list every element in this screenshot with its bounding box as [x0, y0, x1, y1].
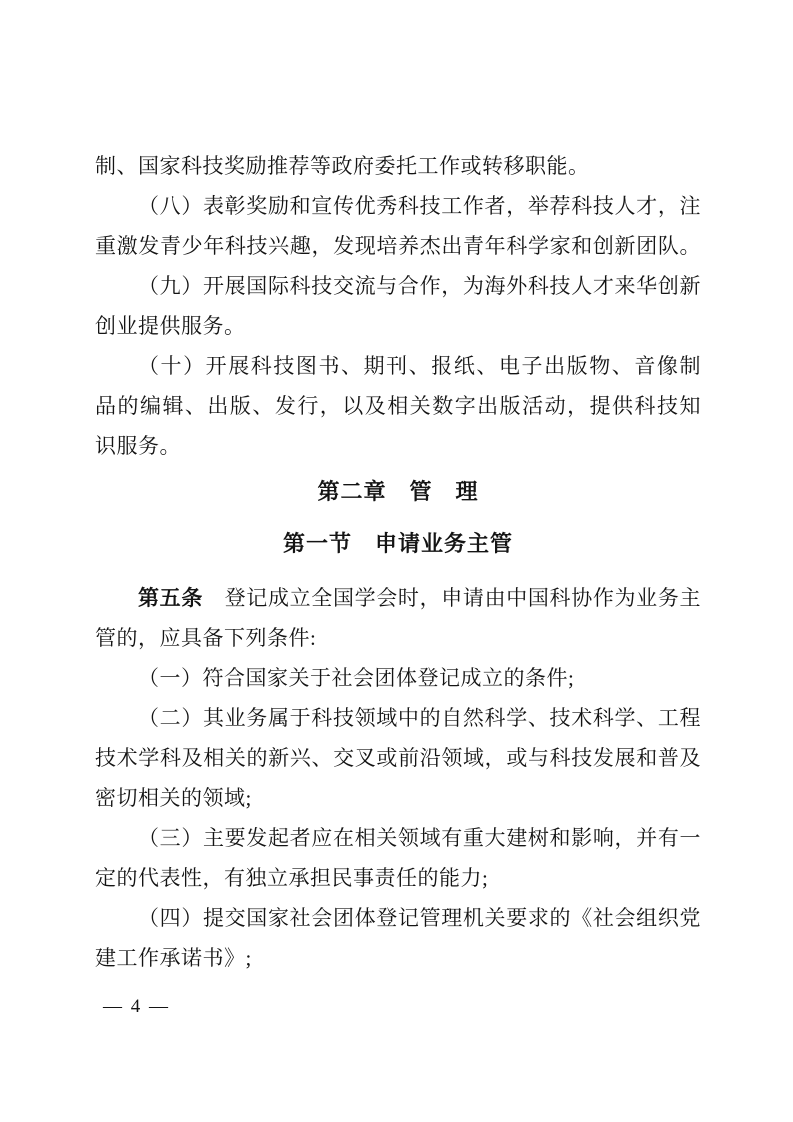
text-line: 重激发青少年科技兴趣，发现培养杰出青年科学家和创新团队。: [95, 226, 701, 266]
text-line: （三）主要发起者应在相关领域有重大建树和影响，并有一: [95, 818, 701, 858]
text-line: 密切相关的领域;: [95, 778, 701, 818]
text-line: （四）提交国家社会团体登记管理机关要求的《社会组织党: [95, 898, 701, 938]
text-line: 制、国家科技奖励推荐等政府委托工作或转移职能。: [95, 146, 701, 186]
text-line: 第五条 登记成立全国学会时，申请由中国科协作为业务主: [95, 578, 701, 618]
document-page: 制、国家科技奖励推荐等政府委托工作或转移职能。（八）表彰奖励和宣传优秀科技工作者…: [0, 0, 793, 1122]
page-number: — 4 —: [103, 996, 170, 1018]
text-line: 品的编辑、出版、发行，以及相关数字出版活动，提供科技知: [95, 386, 701, 426]
text-line: 创业提供服务。: [95, 306, 701, 346]
section-heading: 第一节 申请业务主管: [95, 524, 701, 564]
text-block: 制、国家科技奖励推荐等政府委托工作或转移职能。（八）表彰奖励和宣传优秀科技工作者…: [95, 146, 701, 978]
text-line: （八）表彰奖励和宣传优秀科技工作者，举荐科技人才，注: [95, 186, 701, 226]
text-line: 建工作承诺书》;: [95, 938, 701, 978]
chapter-heading: 第二章 管 理: [95, 472, 701, 512]
text-line: 技术学科及相关的新兴、交叉或前沿领域，或与科技发展和普及: [95, 738, 701, 778]
text-line: 识服务。: [95, 426, 701, 466]
text-line: 定的代表性，有独立承担民事责任的能力;: [95, 858, 701, 898]
text-line: （十）开展科技图书、期刊、报纸、电子出版物、音像制: [95, 346, 701, 386]
text-line: （一）符合国家关于社会团体登记成立的条件;: [95, 658, 701, 698]
article-number: 第五条: [138, 587, 203, 610]
text-line: 管的，应具备下列条件:: [95, 618, 701, 658]
text-line: （二）其业务属于科技领域中的自然科学、技术科学、工程: [95, 698, 701, 738]
text-line: （九）开展国际科技交流与合作，为海外科技人才来华创新: [95, 266, 701, 306]
